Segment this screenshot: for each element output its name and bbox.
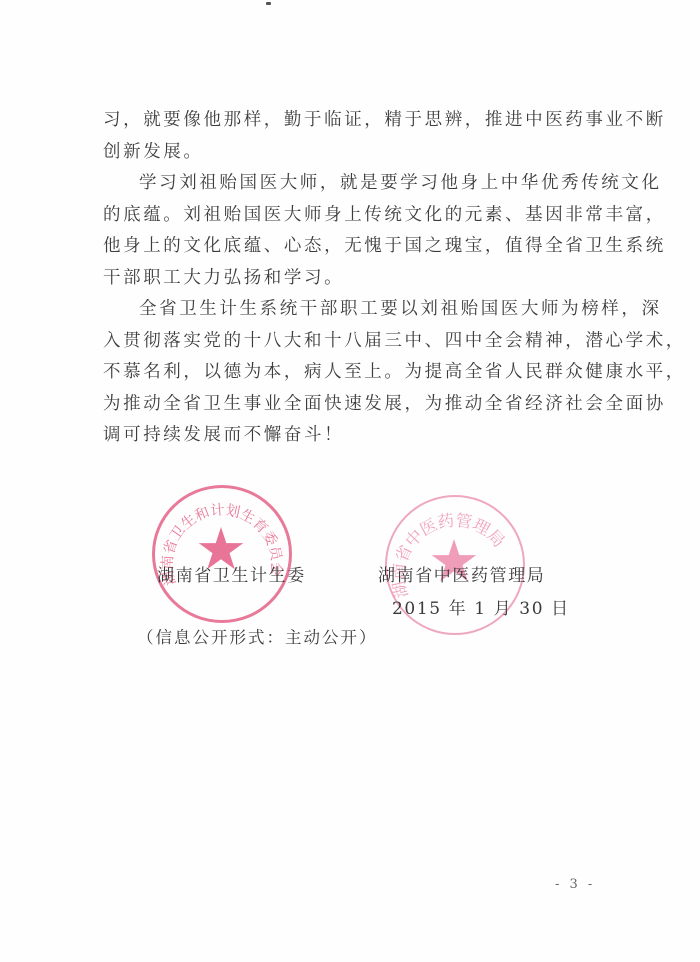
paragraph-line: 习，就要像他那样，勤于临证，精于思辨，推进中医药事业不断 [103,105,593,137]
paragraph-line: 创新发展。 [103,137,593,169]
signature-tcm-bureau: 湖南省中医药管理局 [378,561,545,586]
page-number: - 3 - [555,877,595,892]
paragraph-line: 全省卫生计生系统干部职工要以刘祖贻国医大师为榜样，深 [103,294,593,326]
scan-mark [266,2,271,5]
paragraph-line: 为推动全省卫生事业全面快速发展，为推动全省经济社会全面协 [103,389,593,421]
disclosure-note: （信息公开形式：主动公开） [137,624,378,648]
paragraph-line: 不慕名利，以德为本，病人至上。为提高全省人民群众健康水平， [103,357,593,389]
signature-health-commission: 湖南省卫生计生委 [157,561,306,586]
paragraph-line: 干部职工大力弘扬和学习。 [103,263,593,295]
document-page: 习，就要像他那样，勤于临证，精于思辨，推进中医药事业不断 创新发展。 学习刘祖贻… [0,0,700,962]
paragraph-line: 学习刘祖贻国医大师，就是要学习他身上中华优秀传统文化 [103,168,593,200]
paragraph-line: 他身上的文化底蕴、心态，无愧于国之瑰宝，值得全省卫生系统 [103,231,593,263]
official-seal-health-commission: 湖南省卫生和计划生育委员会 ★ [152,485,292,623]
paragraph-line: 的底蕴。刘祖贻国医大师身上传统文化的元素、基因非常丰富， [103,200,593,232]
paragraph-line: 入贯彻落实党的十八大和十八届三中、四中全会精神，潜心学术， [103,326,593,358]
issue-date: 2015 年 1 月 30 日 [392,594,570,619]
paragraph-line: 调可持续发展而不懈奋斗！ [103,420,593,452]
document-body: 习，就要像他那样，勤于临证，精于思辨，推进中医药事业不断 创新发展。 学习刘祖贻… [103,105,593,452]
